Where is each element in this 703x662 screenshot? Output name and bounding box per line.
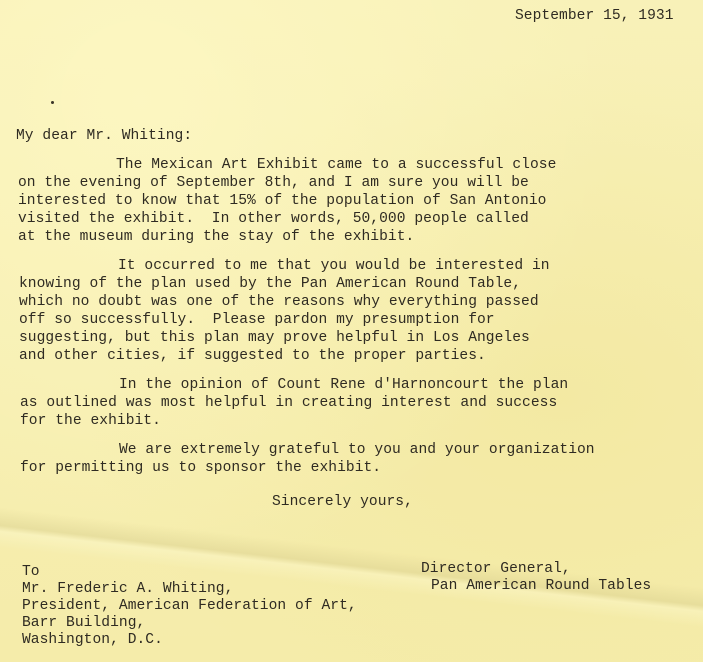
signature-title: Director General, [421, 561, 571, 577]
paragraph-line: It occurred to me that you would be inte… [118, 258, 550, 274]
paragraph-line: for the exhibit. [20, 413, 161, 429]
paragraph-line: on the evening of September 8th, and I a… [18, 175, 529, 191]
recipient-line: To [22, 564, 40, 580]
paragraph-line: suggesting, but this plan may prove help… [19, 330, 530, 346]
paragraph-line: interested to know that 15% of the popul… [18, 193, 546, 209]
paragraph-line: which no doubt was one of the reasons wh… [19, 294, 539, 310]
paragraph-line: and other cities, if suggested to the pr… [19, 348, 486, 364]
paragraph-line: In the opinion of Count Rene d'Harnoncou… [119, 377, 568, 393]
paragraph-line: The Mexican Art Exhibit came to a succes… [116, 157, 556, 173]
letter-date: September 15, 1931 [515, 8, 674, 24]
paragraph-line: off so successfully. Please pardon my pr… [19, 312, 495, 328]
paragraph-line: for permitting us to sponsor the exhibit… [20, 460, 381, 476]
paragraph-line: knowing of the plan used by the Pan Amer… [19, 276, 521, 292]
paragraph-line: as outlined was most helpful in creating… [20, 395, 557, 411]
recipient-line: President, American Federation of Art, [22, 598, 357, 614]
ink-speck [51, 101, 54, 104]
closing: Sincerely yours, [272, 494, 413, 510]
recipient-line: Barr Building, [22, 615, 145, 631]
paragraph-line: We are extremely grateful to you and you… [119, 442, 595, 458]
signature-organization: Pan American Round Tables [431, 578, 651, 594]
paragraph-line: visited the exhibit. In other words, 50,… [18, 211, 529, 227]
recipient-line: Washington, D.C. [22, 632, 163, 648]
recipient-line: Mr. Frederic A. Whiting, [22, 581, 233, 597]
salutation: My dear Mr. Whiting: [16, 128, 192, 144]
paragraph-line: at the museum during the stay of the exh… [18, 229, 414, 245]
